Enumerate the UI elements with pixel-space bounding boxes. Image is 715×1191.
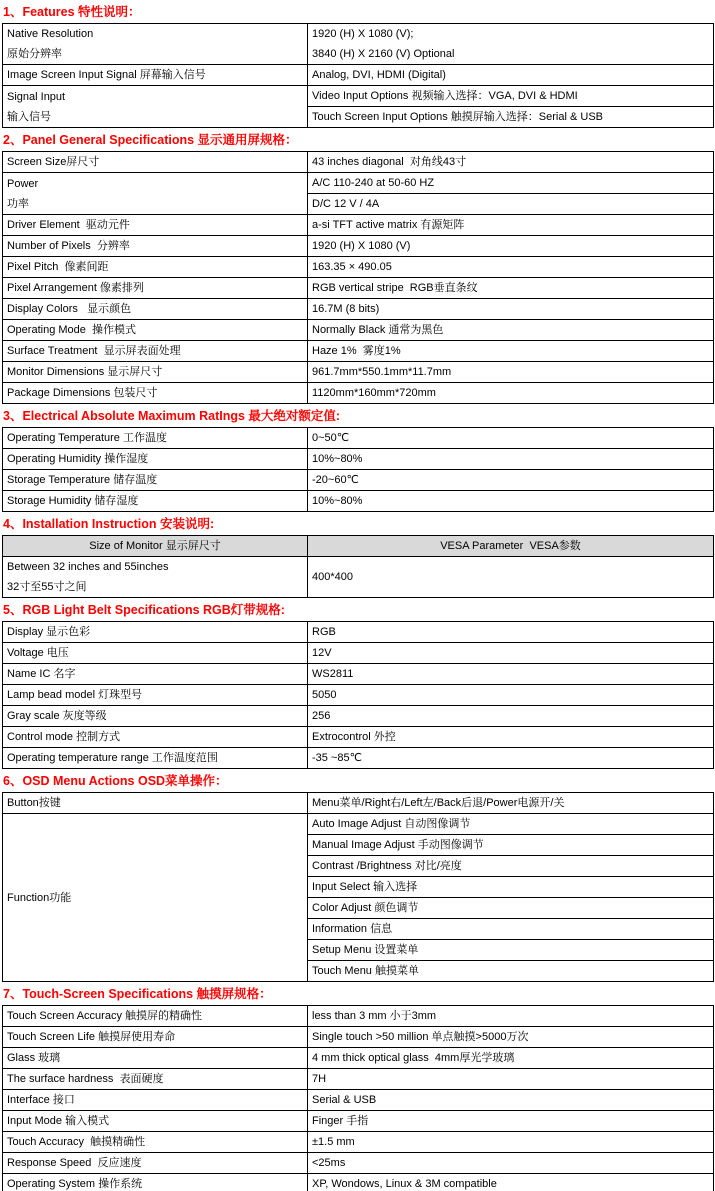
table-row: Driver Element 驱动元件a-si TFT active matri…	[3, 215, 714, 236]
spec-value: Video Input Options 视频输入选择：VGA, DVI & HD…	[308, 86, 714, 107]
section-title: 2、Panel General Specifications 显示通用屏规格：	[0, 128, 715, 151]
table-row: Glass 玻璃4 mm thick optical glass 4mm厚光学玻…	[3, 1048, 714, 1069]
spec-table: Button按键Menu菜单/Right右/Left左/Back后退/Power…	[2, 792, 714, 982]
spec-label: Screen Size屏尺寸	[3, 152, 308, 173]
section-title: 7、Touch-Screen Specifications 触摸屏规格：	[0, 982, 715, 1005]
spec-value: Haze 1% 雾度1%	[308, 341, 714, 362]
table-row: Pixel Pitch 像素间距163.35 × 490.05	[3, 257, 714, 278]
spec-label: Touch Screen Accuracy 触摸屏的精确性	[3, 1006, 308, 1027]
spec-label: Gray scale 灰度等级	[3, 706, 308, 727]
table-row: Operating Mode 操作模式Normally Black 通常为黑色	[3, 320, 714, 341]
spec-section: 2、Panel General Specifications 显示通用屏规格：S…	[0, 128, 715, 404]
table-row: Button按键Menu菜单/Right右/Left左/Back后退/Power…	[3, 793, 714, 814]
spec-label: Package Dimensions 包装尺寸	[3, 383, 308, 404]
spec-value: 0~50℃	[308, 428, 714, 449]
spec-label: Voltage 电压	[3, 643, 308, 664]
spec-value: -20~60℃	[308, 470, 714, 491]
table-row: Touch Screen Accuracy 触摸屏的精确性less than 3…	[3, 1006, 714, 1027]
spec-table: Touch Screen Accuracy 触摸屏的精确性less than 3…	[2, 1005, 714, 1191]
table-row: Package Dimensions 包装尺寸1120mm*160mm*720m…	[3, 383, 714, 404]
table-row: Monitor Dimensions 显示屏尺寸961.7mm*550.1mm*…	[3, 362, 714, 383]
spec-value: Touch Menu 触摸菜单	[308, 961, 714, 982]
table-row: Operating temperature range 工作温度范围-35 ~8…	[3, 748, 714, 769]
spec-value: Single touch >50 million 单点触摸>5000万次	[308, 1027, 714, 1048]
spec-table: Size of Monitor 显示屏尺寸VESA Parameter VESA…	[2, 535, 714, 598]
table-row: Surface Treatment 显示屏表面处理Haze 1% 雾度1%	[3, 341, 714, 362]
spec-value: 1920 (H) X 1080 (V); 3840 (H) X 2160 (V)…	[308, 24, 714, 65]
table-row: Touch Accuracy 触摸精确性±1.5 mm	[3, 1132, 714, 1153]
spec-value: -35 ~85℃	[308, 748, 714, 769]
spec-value: RGB vertical stripe RGB垂直条纹	[308, 278, 714, 299]
spec-label: Input Mode 输入模式	[3, 1111, 308, 1132]
spec-value: a-si TFT active matrix 有源矩阵	[308, 215, 714, 236]
spec-value: D/C 12 V / 4A	[308, 194, 714, 215]
spec-label: Response Speed 反应速度	[3, 1153, 308, 1174]
spec-label: Operating System 操作系统	[3, 1174, 308, 1191]
spec-value: 4 mm thick optical glass 4mm厚光学玻璃	[308, 1048, 714, 1069]
spec-value: 961.7mm*550.1mm*11.7mm	[308, 362, 714, 383]
spec-label: Surface Treatment 显示屏表面处理	[3, 341, 308, 362]
table-row: Interface 接口Serial & USB	[3, 1090, 714, 1111]
spec-value: Information 信息	[308, 919, 714, 940]
spec-sections-container: 1、Features 特性说明：Native Resolution 原始分辨率1…	[0, 0, 715, 1191]
table-row: Operating Temperature 工作温度0~50℃	[3, 428, 714, 449]
table-row: Touch Screen Life 触摸屏使用寿命Single touch >5…	[3, 1027, 714, 1048]
spec-label: Between 32 inches and 55inches 32寸至55寸之间	[3, 557, 308, 598]
spec-value: 5050	[308, 685, 714, 706]
spec-value: 10%~80%	[308, 491, 714, 512]
spec-table: Native Resolution 原始分辨率1920 (H) X 1080 (…	[2, 23, 714, 128]
spec-value: Serial & USB	[308, 1090, 714, 1111]
section-title: 3、Electrical Absolute Maximum RatIngs 最大…	[0, 404, 715, 427]
spec-section: 5、RGB Light Belt Specifications RGB灯带规格:…	[0, 598, 715, 769]
table-row: Storage Temperature 储存温度-20~60℃	[3, 470, 714, 491]
spec-value: A/C 110-240 at 50-60 HZ	[308, 173, 714, 194]
table-row: Function功能Auto Image Adjust 自动图像调节	[3, 814, 714, 835]
spec-label: Operating Mode 操作模式	[3, 320, 308, 341]
spec-value: 1120mm*160mm*720mm	[308, 383, 714, 404]
table-row: Between 32 inches and 55inches 32寸至55寸之间…	[3, 557, 714, 598]
spec-label: Signal Input 输入信号	[3, 86, 308, 128]
spec-label: Storage Humidity 储存湿度	[3, 491, 308, 512]
section-title: 6、OSD Menu Actions OSD菜单操作：	[0, 769, 715, 792]
spec-label: Display Colors 显示颜色	[3, 299, 308, 320]
spec-value: <25ms	[308, 1153, 714, 1174]
table-row: Name IC 名字WS2811	[3, 664, 714, 685]
spec-label: Pixel Pitch 像素间距	[3, 257, 308, 278]
spec-value: 256	[308, 706, 714, 727]
table-row: Screen Size屏尺寸43 inches diagonal 对角线43寸	[3, 152, 714, 173]
spec-label: Touch Accuracy 触摸精确性	[3, 1132, 308, 1153]
spec-value: Menu菜单/Right右/Left左/Back后退/Power电源开/关	[308, 793, 714, 814]
spec-value: 7H	[308, 1069, 714, 1090]
spec-value: 1920 (H) X 1080 (V)	[308, 236, 714, 257]
spec-value: Normally Black 通常为黑色	[308, 320, 714, 341]
spec-value: 16.7M (8 bits)	[308, 299, 714, 320]
spec-label: Operating temperature range 工作温度范围	[3, 748, 308, 769]
table-row: Response Speed 反应速度<25ms	[3, 1153, 714, 1174]
spec-value: 163.35 × 490.05	[308, 257, 714, 278]
spec-value: 43 inches diagonal 对角线43寸	[308, 152, 714, 173]
table-row: Number of Pixels 分辨率1920 (H) X 1080 (V)	[3, 236, 714, 257]
spec-label: Interface 接口	[3, 1090, 308, 1111]
spec-value: Analog, DVI, HDMI (Digital)	[308, 65, 714, 86]
spec-label: Lamp bead model 灯珠型号	[3, 685, 308, 706]
table-row: Gray scale 灰度等级256	[3, 706, 714, 727]
spec-section: 1、Features 特性说明：Native Resolution 原始分辨率1…	[0, 0, 715, 128]
spec-value: 400*400	[308, 557, 714, 598]
table-row: Power 功率A/C 110-240 at 50-60 HZ	[3, 173, 714, 194]
spec-value: WS2811	[308, 664, 714, 685]
spec-label: Power 功率	[3, 173, 308, 215]
table-row: Operating System 操作系统XP, Wondows, Linux …	[3, 1174, 714, 1191]
spec-label: Display 显示色彩	[3, 622, 308, 643]
table-row: Native Resolution 原始分辨率1920 (H) X 1080 (…	[3, 24, 714, 65]
spec-value: Contrast /Brightness 对比/亮度	[308, 856, 714, 877]
table-row: Image Screen Input Signal 屏幕输入信号Analog, …	[3, 65, 714, 86]
table-row: Lamp bead model 灯珠型号5050	[3, 685, 714, 706]
spec-label: Native Resolution 原始分辨率	[3, 24, 308, 65]
spec-value: 10%~80%	[308, 449, 714, 470]
table-header-row: Size of Monitor 显示屏尺寸VESA Parameter VESA…	[3, 536, 714, 557]
spec-value: Auto Image Adjust 自动图像调节	[308, 814, 714, 835]
table-row: Voltage 电压12V	[3, 643, 714, 664]
spec-label: Name IC 名字	[3, 664, 308, 685]
spec-value: ±1.5 mm	[308, 1132, 714, 1153]
spec-section: 3、Electrical Absolute Maximum RatIngs 最大…	[0, 404, 715, 512]
spec-label: Monitor Dimensions 显示屏尺寸	[3, 362, 308, 383]
table-header-cell: Size of Monitor 显示屏尺寸	[3, 536, 308, 557]
spec-label: Operating Humidity 操作湿度	[3, 449, 308, 470]
table-row: Input Mode 输入模式Finger 手指	[3, 1111, 714, 1132]
table-row: Control mode 控制方式Extrocontrol 外控	[3, 727, 714, 748]
spec-label: Touch Screen Life 触摸屏使用寿命	[3, 1027, 308, 1048]
section-title: 5、RGB Light Belt Specifications RGB灯带规格:	[0, 598, 715, 621]
spec-value: Color Adjust 颜色调节	[308, 898, 714, 919]
spec-label: The surface hardness 表面硬度	[3, 1069, 308, 1090]
table-row: Storage Humidity 储存湿度10%~80%	[3, 491, 714, 512]
spec-value: 12V	[308, 643, 714, 664]
spec-section: 7、Touch-Screen Specifications 触摸屏规格：Touc…	[0, 982, 715, 1191]
spec-value: Setup Menu 设置菜单	[308, 940, 714, 961]
spec-value: Touch Screen Input Options 触摸屏输入选择：Seria…	[308, 107, 714, 128]
spec-value: Input Select 输入选择	[308, 877, 714, 898]
spec-label: Number of Pixels 分辨率	[3, 236, 308, 257]
spec-table: Screen Size屏尺寸43 inches diagonal 对角线43寸P…	[2, 151, 714, 404]
section-title: 4、Installation Instruction 安装说明:	[0, 512, 715, 535]
spec-section: 6、OSD Menu Actions OSD菜单操作：Button按键Menu菜…	[0, 769, 715, 982]
spec-label: Operating Temperature 工作温度	[3, 428, 308, 449]
spec-value: Finger 手指	[308, 1111, 714, 1132]
spec-table: Display 显示色彩RGBVoltage 电压12VName IC 名字WS…	[2, 621, 714, 769]
table-row: Display 显示色彩RGB	[3, 622, 714, 643]
table-row: Pixel Arrangement 像素排列RGB vertical strip…	[3, 278, 714, 299]
section-title: 1、Features 特性说明：	[0, 0, 715, 23]
spec-label: Control mode 控制方式	[3, 727, 308, 748]
spec-sheet-page: { "theme": { "heading_color": "#FF0000",…	[0, 0, 715, 1191]
spec-section: 4、Installation Instruction 安装说明:Size of …	[0, 512, 715, 598]
table-row: Signal Input 输入信号Video Input Options 视频输…	[3, 86, 714, 107]
spec-table: Operating Temperature 工作温度0~50℃Operating…	[2, 427, 714, 512]
spec-label: Function功能	[3, 814, 308, 982]
spec-label: Image Screen Input Signal 屏幕输入信号	[3, 65, 308, 86]
spec-value: RGB	[308, 622, 714, 643]
spec-label: Storage Temperature 储存温度	[3, 470, 308, 491]
spec-value: XP, Wondows, Linux & 3M compatible	[308, 1174, 714, 1191]
spec-label: Pixel Arrangement 像素排列	[3, 278, 308, 299]
spec-label: Glass 玻璃	[3, 1048, 308, 1069]
table-row: The surface hardness 表面硬度7H	[3, 1069, 714, 1090]
spec-label: Driver Element 驱动元件	[3, 215, 308, 236]
spec-value: Manual Image Adjust 手动图像调节	[308, 835, 714, 856]
spec-value: less than 3 mm 小于3mm	[308, 1006, 714, 1027]
table-row: Display Colors 显示颜色16.7M (8 bits)	[3, 299, 714, 320]
table-row: Operating Humidity 操作湿度10%~80%	[3, 449, 714, 470]
table-header-cell: VESA Parameter VESA参数	[308, 536, 714, 557]
spec-value: Extrocontrol 外控	[308, 727, 714, 748]
spec-label: Button按键	[3, 793, 308, 814]
